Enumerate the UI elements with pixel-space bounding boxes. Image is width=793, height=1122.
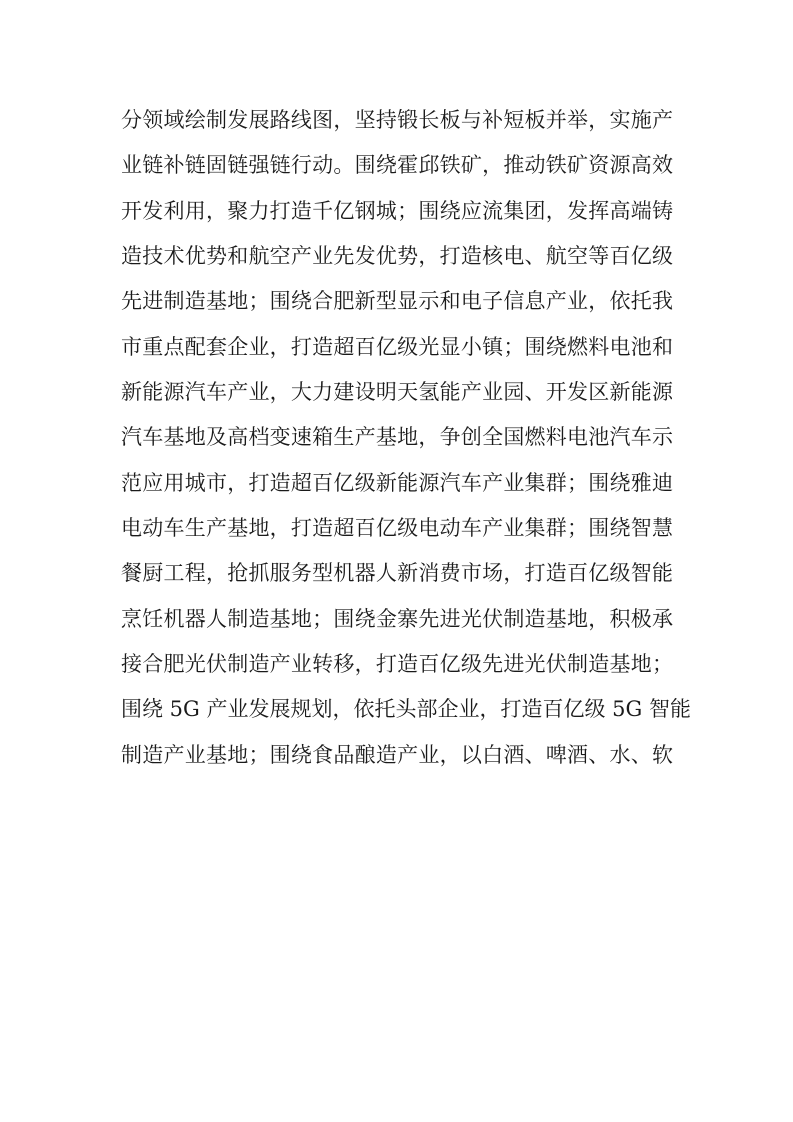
text-line: 业链补链固链强链行动。围绕霍邱铁矿，推动铁矿资源高效: [121, 150, 673, 180]
text-line: 接合肥光伏制造产业转移，打造百亿级先进光伏制造基地；: [121, 649, 673, 679]
text-line: 造技术优势和航空产业先发优势，打造核电、航空等百亿级: [121, 241, 673, 271]
text-line: 餐厨工程，抢抓服务型机器人新消费市场，打造百亿级智能: [121, 558, 673, 588]
text-line: 汽车基地及高档变速箱生产基地，争创全国燃料电池汽车示: [121, 422, 673, 452]
text-line: 制造产业基地；围绕食品酿造产业，以白酒、啤酒、水、软: [121, 740, 673, 770]
document-page: 分领域绘制发展路线图，坚持锻长板与补短板并举，实施产 业链补链固链强链行动。围绕…: [0, 0, 793, 1122]
text-line: 电动车生产基地，打造超百亿级电动车产业集群；围绕智慧: [121, 513, 673, 543]
text-line: 围绕 5G 产业发展规划，依托头部企业，打造百亿级 5G 智能: [121, 694, 673, 724]
text-line: 市重点配套企业，打造超百亿级光显小镇；围绕燃料电池和: [121, 332, 673, 362]
text-line: 分领域绘制发展路线图，坚持锻长板与补短板并举，实施产: [121, 105, 673, 135]
text-line: 范应用城市，打造超百亿级新能源汽车产业集群；围绕雅迪: [121, 468, 673, 498]
text-line: 开发利用，聚力打造千亿钢城；围绕应流集团，发挥高端铸: [121, 196, 673, 226]
text-line: 先进制造基地；围绕合肥新型显示和电子信息产业，依托我: [121, 286, 673, 316]
text-line: 烹饪机器人制造基地；围绕金寨先进光伏制造基地，积极承: [121, 604, 673, 634]
text-line: 新能源汽车产业，大力建设明天氢能产业园、开发区新能源: [121, 377, 673, 407]
